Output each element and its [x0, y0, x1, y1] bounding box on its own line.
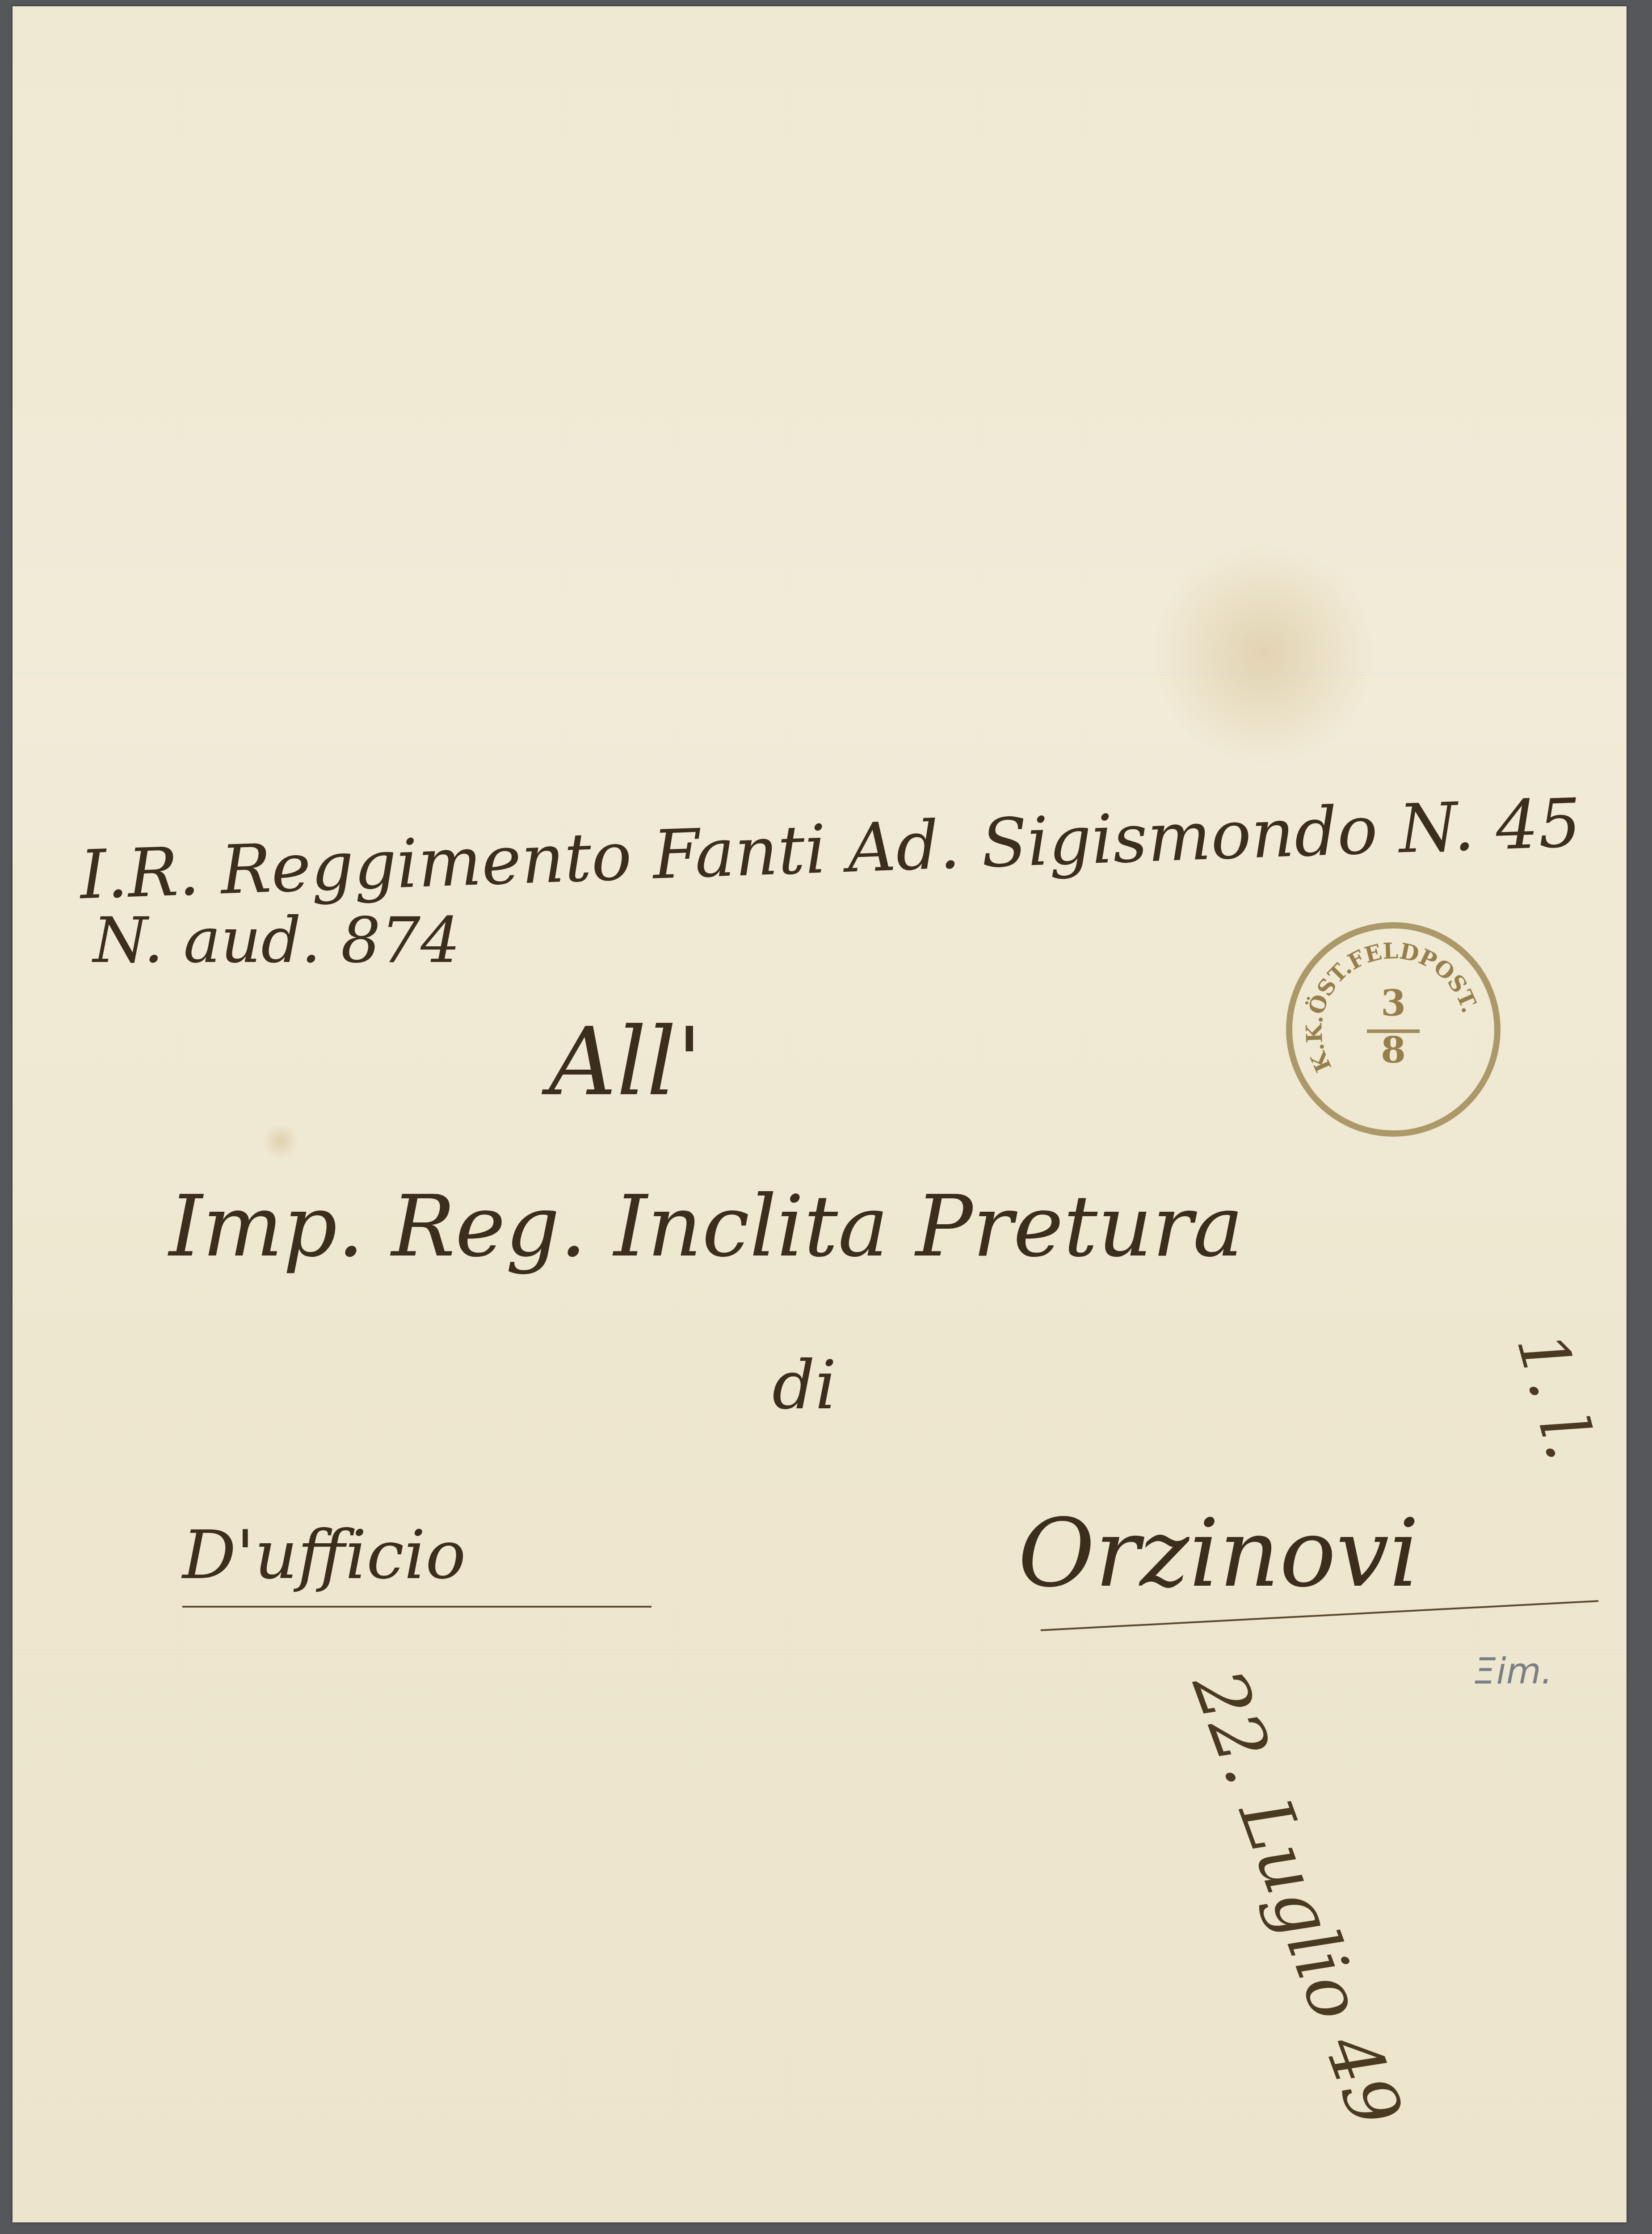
service-note: D'ufficio [182, 1516, 466, 1594]
sender-line-2: N. aud. 874 [93, 904, 460, 977]
letter-sheet: ​ I.R. Reggimento Fanti Ad. Sigismondo N… [13, 6, 1627, 2222]
docket-margin: 22. Luglio 49 [1176, 1659, 1418, 2137]
service-underline [182, 1606, 652, 1608]
address-line: Imp. Reg. Inclita Pretura [169, 1177, 1244, 1276]
address-city: Orzinovi [1018, 1499, 1419, 1608]
bleed-through-text: ​ [448, 118, 504, 128]
address-di: di [772, 1347, 837, 1424]
stain [1152, 542, 1375, 766]
fold-line-lower [13, 1650, 1627, 1653]
fold-line-upper [13, 672, 1627, 675]
pencil-note: Ξim. [1474, 1650, 1552, 1692]
postmark: K.K.ÖST.FELDPOST. 3 8 [1286, 922, 1501, 1137]
stain [263, 1123, 298, 1159]
sender-line-1: I.R. Reggimento Fanti Ad. Sigismondo N. … [79, 784, 1582, 914]
docket-edge: 1. l. [1501, 1324, 1610, 1468]
postmark-day: 3 [1292, 982, 1494, 1024]
address-salutation: All' [549, 1007, 702, 1117]
postmark-month: 8 [1292, 1029, 1494, 1071]
